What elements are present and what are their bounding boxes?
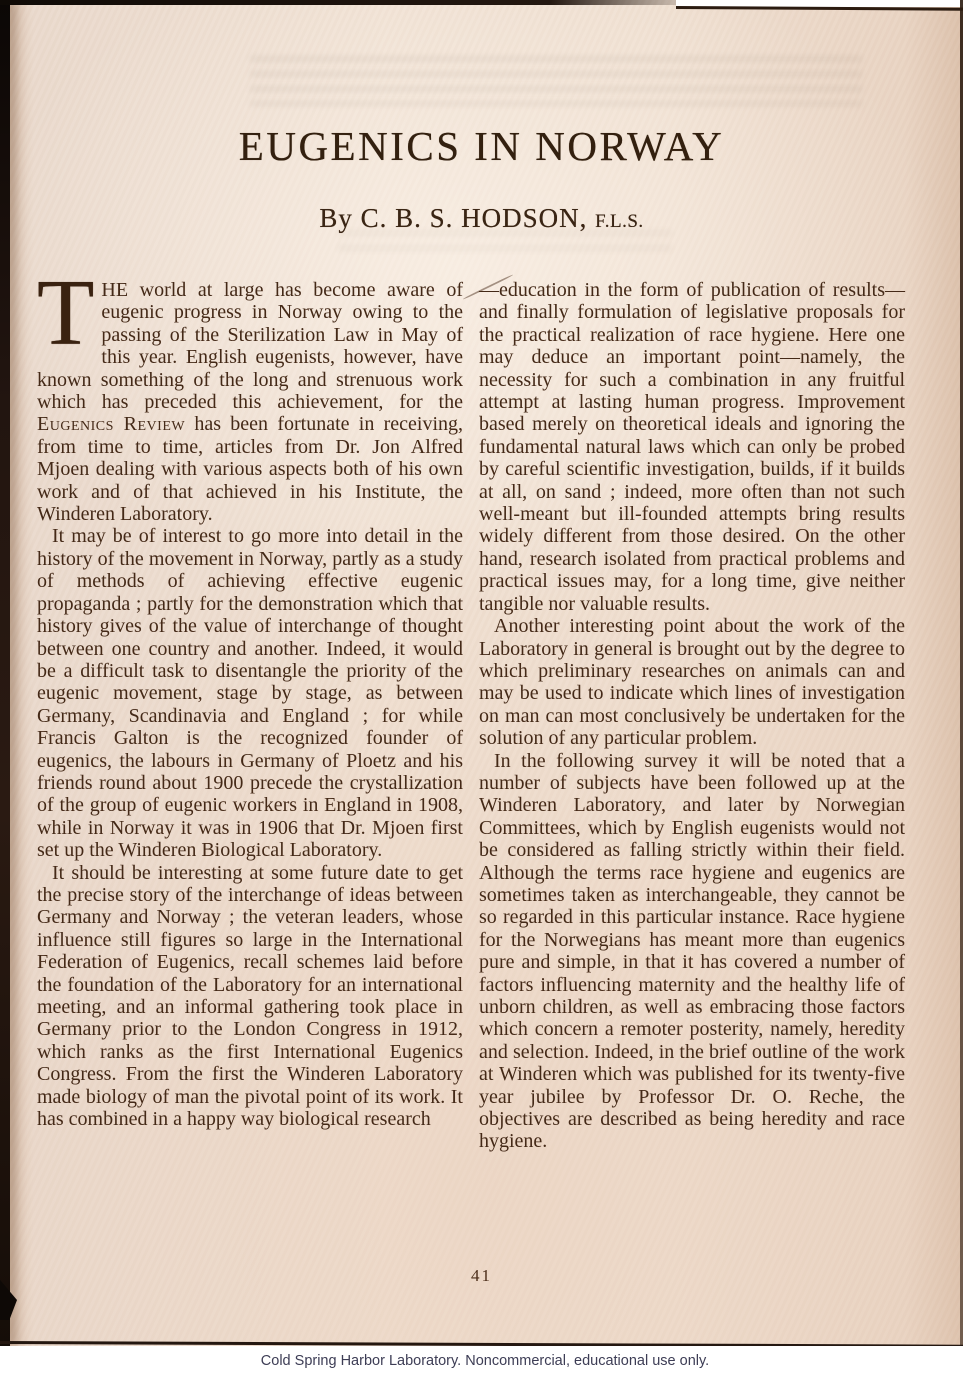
paragraph: It may be of interest to go more into de… [37,525,463,861]
byline-author: By C. B. S. HODSON, [319,203,587,233]
scan-edge-bottom [0,1341,963,1346]
paragraph: —education in the form of publication of… [479,279,905,615]
scan-edge-right [960,0,963,1346]
scanned-page: EUGENICS IN NORWAY By C. B. S. HODSON, F… [0,0,963,1346]
journal-name-smallcaps: Eugenics Review [37,413,185,435]
paragraph: In the following survey it will be noted… [479,750,905,1153]
right-column: —education in the form of publication of… [479,279,905,1263]
byline-credentials: F.L.S. [595,211,643,232]
paragraph: T HE world at large has become aware of … [37,279,463,525]
watermark-text: Cold Spring Harbor Laboratory. Noncommer… [0,1353,970,1369]
page-number: 41 [0,1266,963,1286]
page-title: EUGENICS IN NORWAY [0,0,963,169]
paragraph: Another interesting point about the work… [479,615,905,749]
scan-edge-top [0,0,705,5]
scan-edge-left [0,0,10,1346]
article: EUGENICS IN NORWAY By C. B. S. HODSON, F… [0,0,963,1286]
left-column: T HE world at large has become aware of … [37,279,463,1263]
paragraph-text: HE world at large has become aware of eu… [37,279,463,413]
paragraph: It should be interesting at some future … [37,862,463,1131]
drop-cap: T [37,281,94,347]
byline: By C. B. S. HODSON, F.L.S. [0,203,963,237]
text-columns: T HE world at large has become aware of … [0,279,963,1263]
